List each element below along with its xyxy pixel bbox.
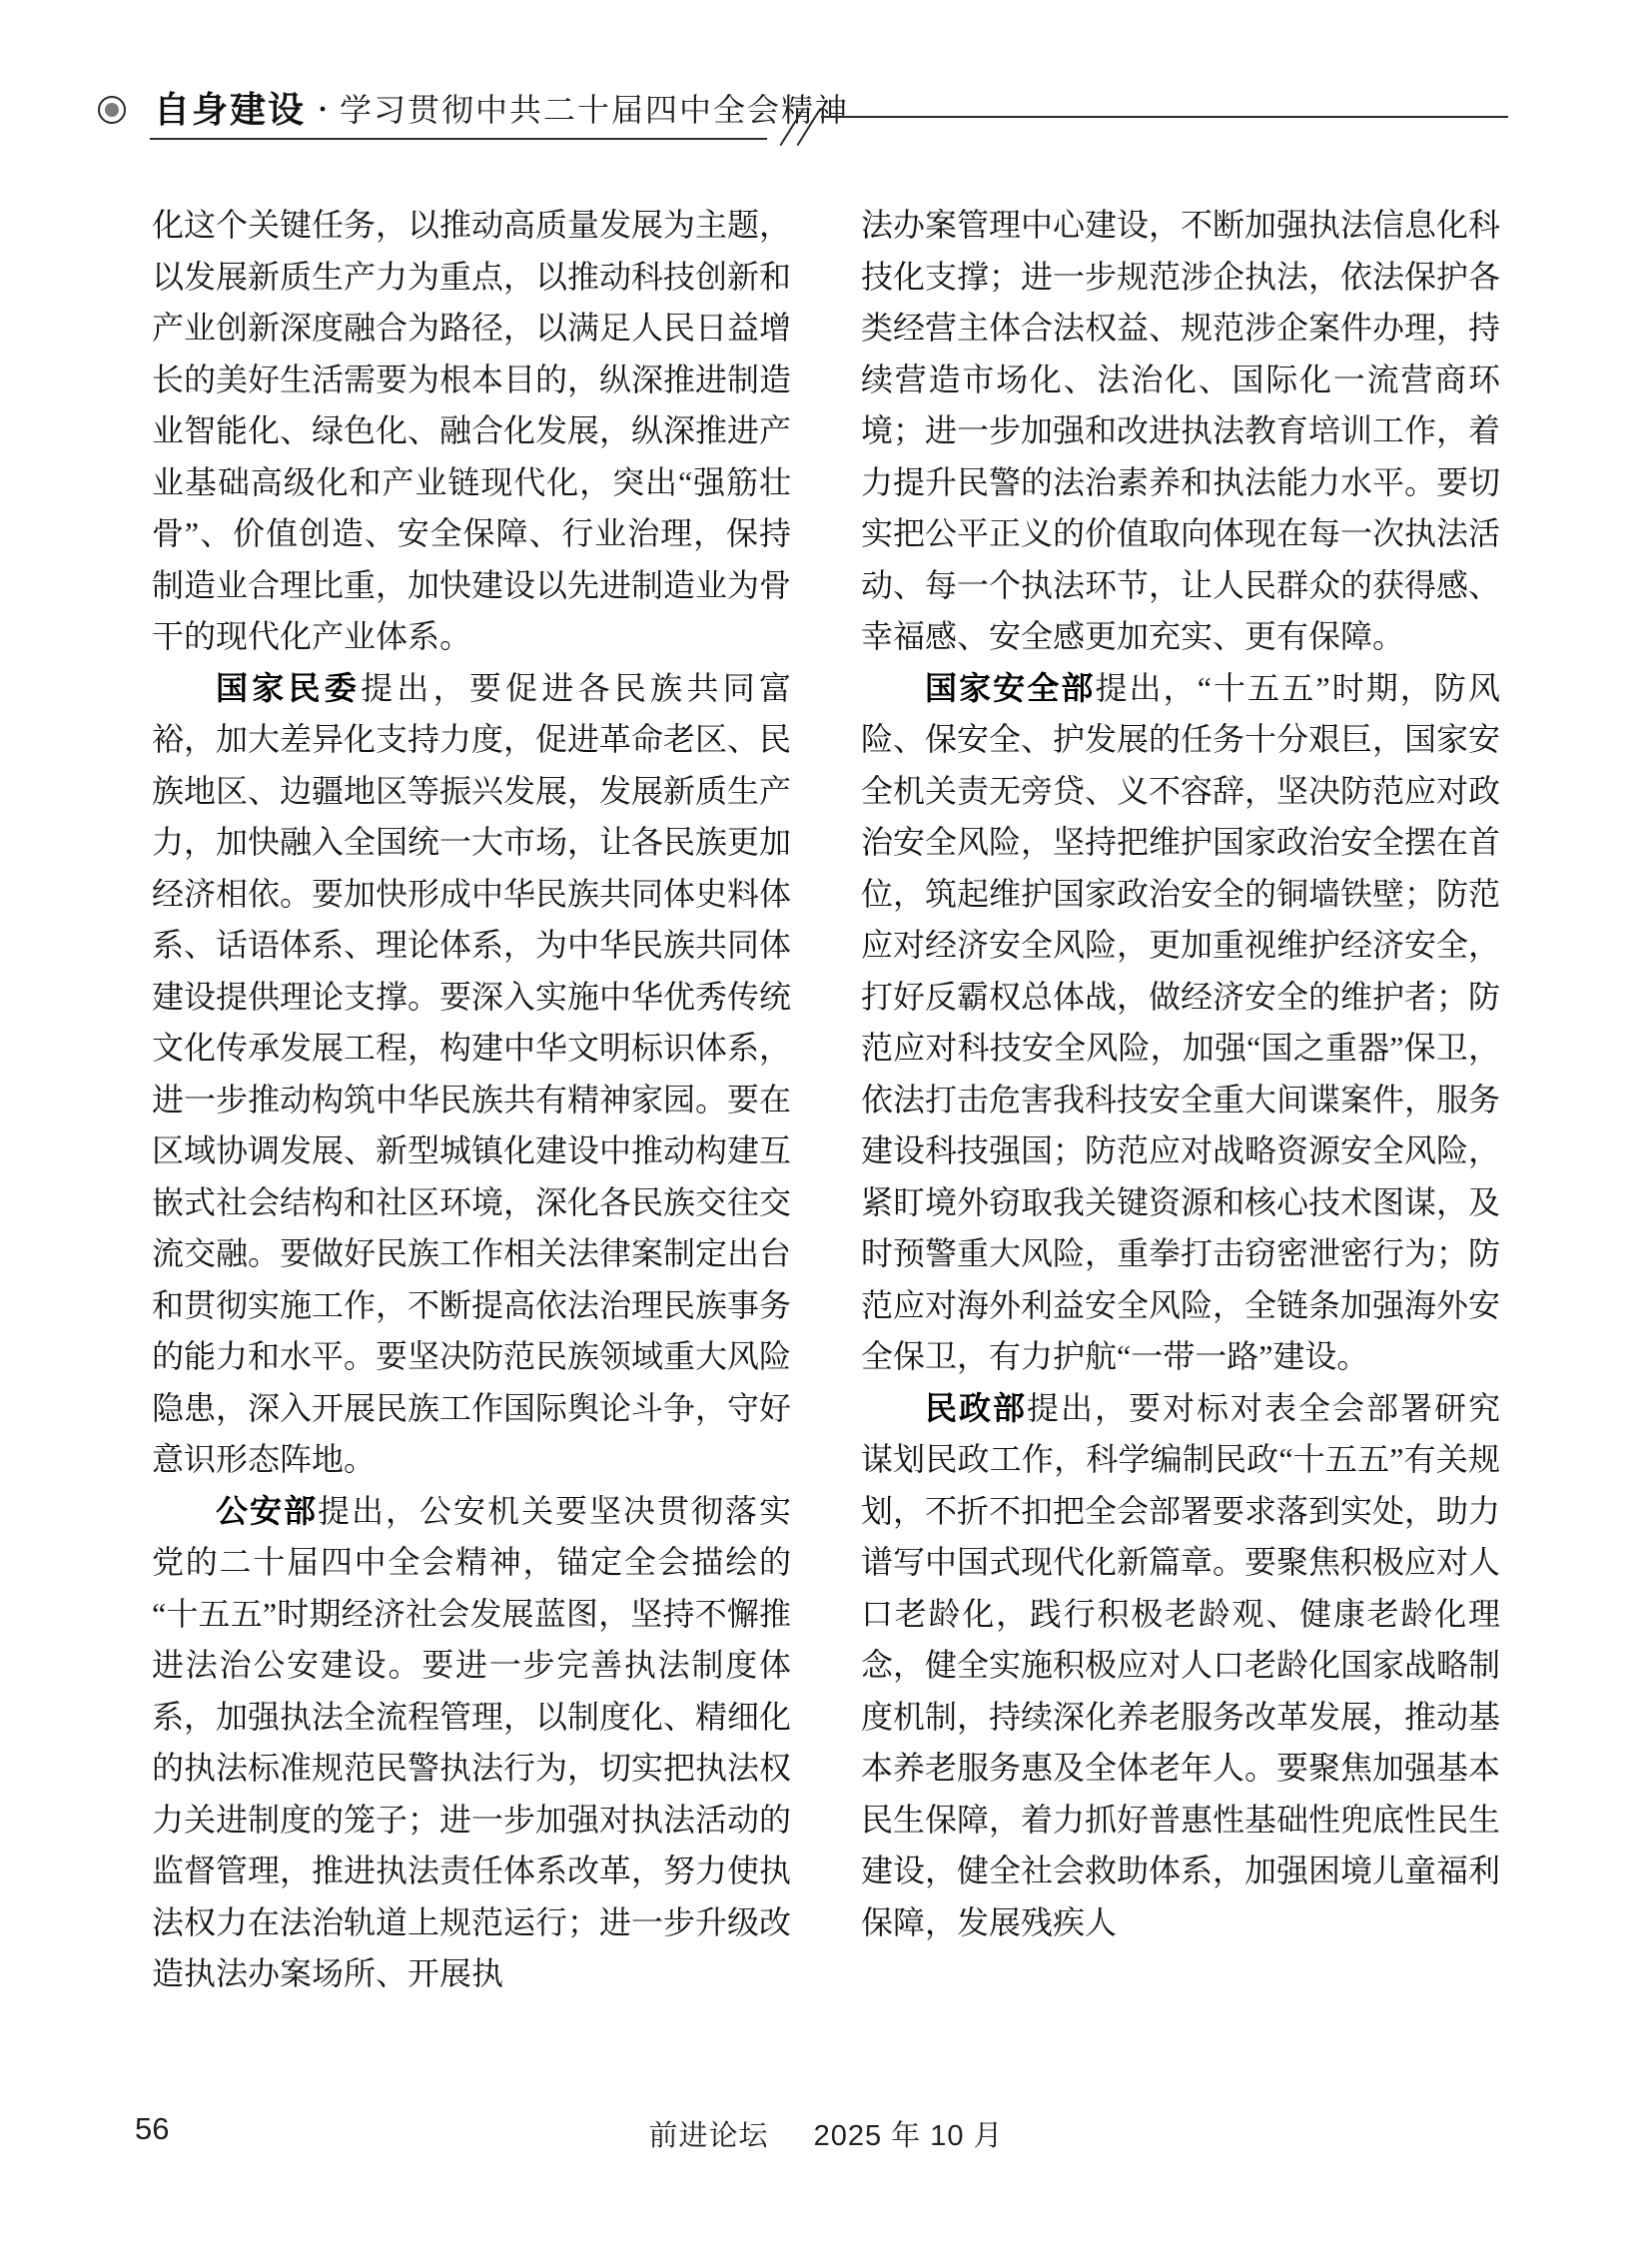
journal-name: 前进论坛 — [648, 2120, 768, 2152]
paragraph: 民政部提出，要对标对表全会部署研究谋划民政工作，科学编制民政“十五五”有关规划，… — [861, 1383, 1500, 1949]
section-separator: · — [318, 93, 328, 127]
section-theme: 学习贯彻中共二十届四中全会精神 — [340, 92, 849, 128]
paragraph: 国家安全部提出，“十五五”时期，防风险、保安全、护发展的任务十分艰巨，国家安全机… — [861, 663, 1500, 1383]
section-bullet-icon — [98, 96, 126, 124]
bullet-dot — [105, 103, 119, 117]
ministry-name: 国家安全部 — [925, 670, 1095, 706]
column-left: 化这个关键任务，以推动高质量发展为主题，以发展新质生产力为重点，以推动科技创新和… — [152, 200, 791, 2000]
column-right: 法办案管理中心建设，不断加强执法信息化科技化支撑；进一步规范涉企执法，依法保护各… — [861, 200, 1500, 1948]
paragraph: 国家民委提出，要促进各民族共同富裕，加大差异化支持力度，促进革命老区、民族地区、… — [152, 663, 791, 1486]
paragraph: 公安部提出，公安机关要坚决贯彻落实党的二十届四中全会精神，锚定全会描绘的“十五五… — [152, 1486, 791, 2000]
continuation-paragraph: 法办案管理中心建设，不断加强执法信息化科技化支撑；进一步规范涉企执法，依法保护各… — [861, 200, 1500, 663]
ministry-name: 国家民委 — [216, 670, 361, 706]
header-rule-left — [150, 138, 767, 140]
magazine-page: { "header": { "section": "自身建设", "separa… — [0, 0, 1652, 2242]
issue-date: 2025 年 10 月 — [814, 2120, 1004, 2152]
continuation-paragraph: 化这个关键任务，以推动高质量发展为主题，以发展新质生产力为重点，以推动科技创新和… — [152, 200, 791, 663]
footer-center: 前进论坛 2025 年 10 月 — [0, 2113, 1652, 2154]
page-header: 自身建设 · 学习贯彻中共二十届四中全会精神 — [98, 92, 849, 128]
header-rule-right — [821, 116, 1508, 118]
ministry-name: 民政部 — [925, 1390, 1027, 1426]
ministry-name: 公安部 — [216, 1493, 318, 1529]
section-title: 自身建设 — [154, 92, 306, 128]
